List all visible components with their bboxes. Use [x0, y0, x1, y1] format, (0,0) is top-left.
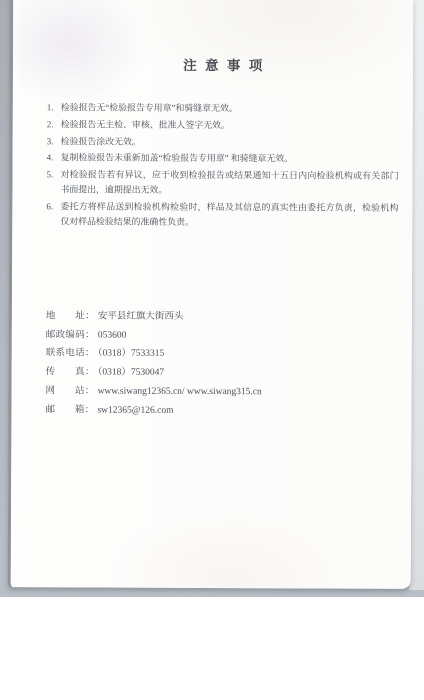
contact-info-block: 地 址：安平县红旗大街西头 邮政编码：053600 联系电话：（0318）753…	[45, 307, 262, 420]
contact-row-phone: 联系电话：（0318）7533315	[46, 345, 262, 365]
note-number: 5.	[46, 167, 60, 197]
note-number: 1.	[47, 100, 61, 115]
contact-label: 邮政编码：	[46, 330, 95, 340]
contact-label: 传 真：	[46, 367, 95, 377]
contact-row-address: 地 址：安平县红旗大街西头	[46, 307, 262, 327]
note-number: 3.	[47, 134, 61, 149]
contact-row-website: 网 站：www.siwang12365.cn/ www.siwang315.cn	[46, 382, 262, 402]
note-number: 2.	[47, 117, 61, 132]
note-text: 委托方将样品送到检验机构检验时，样品及其信息的真实性由委托方负责，检验机构仅对样…	[60, 200, 398, 232]
contact-value: （0318）7530047	[98, 368, 165, 378]
notes-list: 1. 检验报告无“检验报告专用章”和骑缝章无效。 2. 检验报告无主检、审核、批…	[46, 100, 399, 233]
scanned-notice-page: 注 意 事 项 1. 检验报告无“检验报告专用章”和骑缝章无效。 2. 检验报告…	[8, 0, 414, 589]
note-number: 4.	[47, 151, 61, 166]
contact-value: 053600	[98, 330, 127, 340]
contact-value: sw12365@126.com	[97, 405, 173, 415]
contact-label: 邮 箱：	[45, 405, 94, 415]
contact-value: www.siwang12365.cn/ www.siwang315.cn	[98, 386, 262, 397]
contact-label: 网 站：	[46, 386, 95, 396]
note-text: 检验报告无“检验报告专用章”和骑缝章无效。	[61, 100, 399, 117]
contact-value: （0318）7533315	[98, 349, 165, 359]
note-number: 6.	[46, 199, 60, 229]
contact-label: 地 址：	[46, 311, 95, 321]
note-item-2: 2. 检验报告无主检、审核、批准人签字无效。	[47, 117, 399, 134]
note-text: 对检验报告若有异议，应于收到检验报告或结果通知十五日内向检验机构或有关部门书面提…	[60, 168, 398, 200]
note-text: 检验报告无主检、审核、批准人签字无效。	[61, 117, 399, 134]
note-text: 检验报告涂改无效。	[61, 134, 399, 151]
note-item-4: 4. 复制检验报告未重新加盖“检验报告专用章” 和骑缝章无效。	[47, 151, 399, 168]
contact-label: 联系电话：	[46, 349, 95, 359]
contact-row-email: 邮 箱：sw12365@126.com	[45, 401, 261, 421]
contact-row-postcode: 邮政编码：053600	[46, 326, 262, 346]
note-item-5: 5. 对检验报告若有异议，应于收到检验报告或结果通知十五日内向检验机构或有关部门…	[46, 167, 398, 199]
note-item-6: 6. 委托方将样品送到检验机构检验时，样品及其信息的真实性由委托方负责，检验机构…	[46, 199, 398, 231]
note-item-3: 3. 检验报告涂改无效。	[47, 134, 399, 151]
contact-value: 安平县红旗大街西头	[98, 312, 184, 322]
contact-row-fax: 传 真：（0318）7530047	[46, 363, 262, 383]
note-item-1: 1. 检验报告无“检验报告专用章”和骑缝章无效。	[47, 100, 399, 117]
page-title: 注 意 事 项	[13, 53, 413, 75]
note-text: 复制检验报告未重新加盖“检验报告专用章” 和骑缝章无效。	[61, 151, 399, 168]
